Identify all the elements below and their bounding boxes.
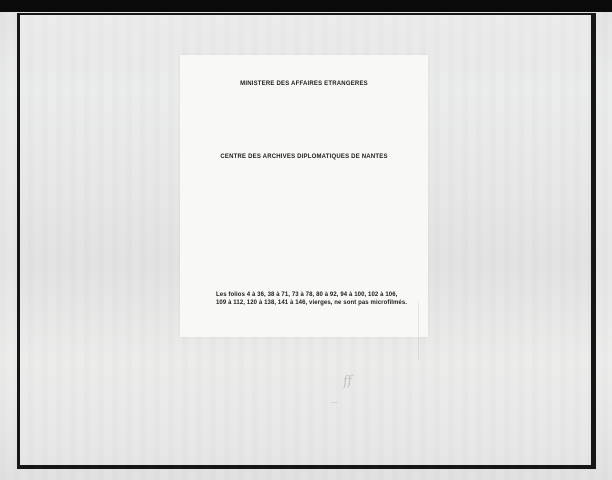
film-top-bar bbox=[0, 0, 612, 12]
film-scratch bbox=[418, 302, 419, 360]
note-line-2: 109 à 112, 120 à 138, 141 à 146, vierges… bbox=[216, 299, 412, 307]
ministry-header: MINISTERE DES AFFAIRES ETRANGERES bbox=[180, 81, 428, 87]
note-line-1: Les folios 4 à 36, 38 à 71, 73 à 78, 80 … bbox=[216, 291, 412, 299]
film-speck bbox=[331, 402, 338, 403]
archives-center-header: CENTRE DES ARCHIVES DIPLOMATIQUES DE NAN… bbox=[180, 154, 428, 160]
handwritten-mark: ff bbox=[342, 374, 353, 390]
microfilm-note: Les folios 4 à 36, 38 à 71, 73 à 78, 80 … bbox=[216, 291, 412, 307]
microfilm-scan: MINISTERE DES AFFAIRES ETRANGERES CENTRE… bbox=[0, 0, 612, 480]
document-page: MINISTERE DES AFFAIRES ETRANGERES CENTRE… bbox=[180, 55, 428, 337]
